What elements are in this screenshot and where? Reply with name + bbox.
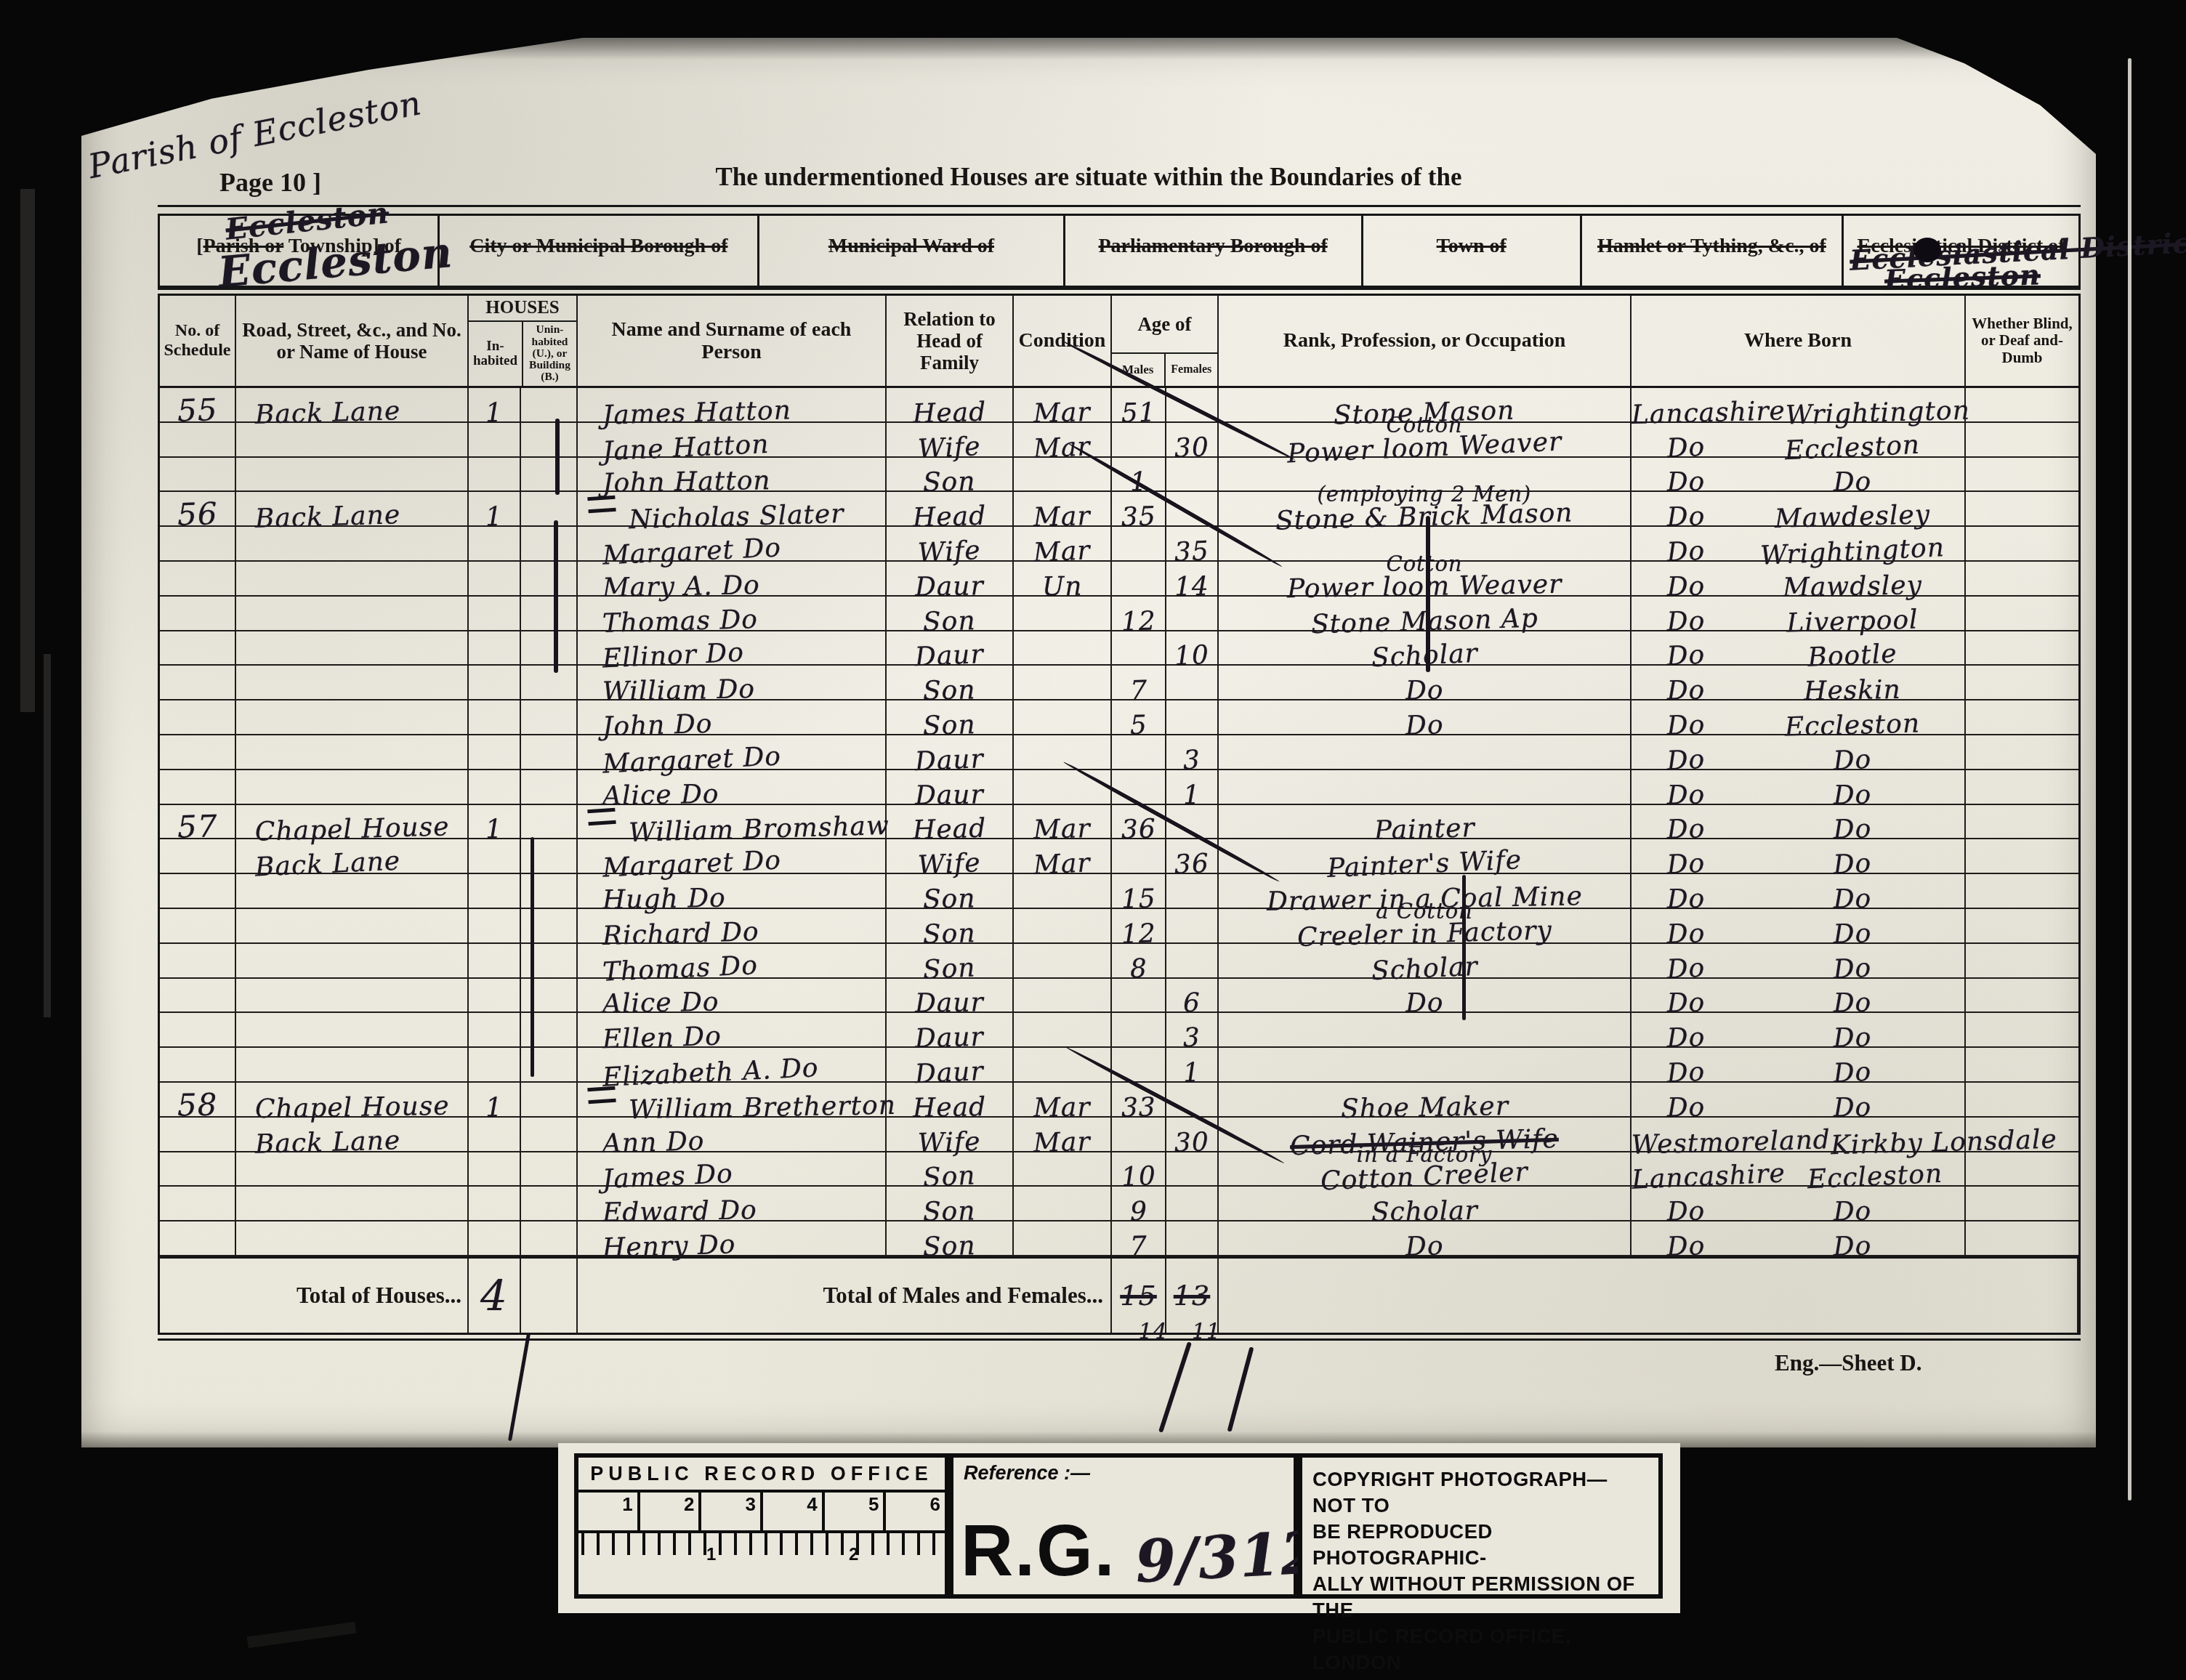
cell-name: Elizabeth A. Do	[578, 1048, 887, 1083]
field-city-borough: City or Municipal Borough of	[440, 216, 759, 286]
cell-blind-deaf	[1966, 423, 2078, 458]
cell-where-born: DoDo	[1632, 1187, 1966, 1221]
cell-name: Ellen Do	[578, 1013, 887, 1048]
ink-double-dash	[587, 1086, 616, 1104]
cell-relation: Wife	[887, 423, 1014, 458]
cell-age-male: 12	[1112, 597, 1166, 631]
cell-condition: Mar	[1014, 492, 1112, 527]
cell-uninhabited	[521, 562, 578, 597]
public-record-office-stamp: PUBLIC RECORD OFFICE 123456 1 2	[574, 1453, 949, 1599]
scan-streak	[20, 189, 35, 712]
cell-age-male	[1112, 770, 1166, 805]
cell-condition: Un	[1014, 562, 1112, 597]
cell-relation: Son	[887, 1187, 1014, 1221]
scanned-census-page: Page 10 ] The undermentioned Houses are …	[0, 0, 2186, 1680]
cell-schedule	[160, 770, 236, 805]
cell-inhabited	[469, 979, 521, 1014]
cell-name: Richard Do	[578, 909, 887, 944]
cell-condition	[1014, 1152, 1112, 1187]
ink-stroke	[1158, 1341, 1192, 1432]
rule	[158, 288, 2081, 290]
cell-age-male: 15	[1112, 874, 1166, 909]
cell-condition	[1014, 631, 1112, 666]
cell-age-male: 36	[1112, 805, 1166, 840]
cell-schedule	[160, 562, 236, 597]
cell-relation: Wife	[887, 527, 1014, 562]
cell-condition	[1014, 979, 1112, 1014]
cell-name: Mary A. Do	[578, 562, 887, 597]
cell-relation: Son	[887, 874, 1014, 909]
cell-occupation: Scholar	[1219, 944, 1632, 979]
cell-age-male: 51	[1112, 388, 1166, 423]
cell-road	[236, 944, 469, 979]
cell-relation: Head	[887, 388, 1014, 423]
cell-condition: Mar	[1014, 839, 1112, 874]
cell-name: Ellinor Do	[578, 631, 887, 666]
cell-name: Alice Do	[578, 979, 887, 1014]
cell-age-female	[1166, 666, 1219, 700]
cell-uninhabited	[521, 631, 578, 666]
cell-inhabited	[469, 1152, 521, 1187]
header-schedule: No. of Schedule	[160, 296, 236, 388]
cell-relation: Daur	[887, 1013, 1014, 1048]
cell-name: William Bretherton	[578, 1083, 887, 1118]
cell-condition: Mar	[1014, 1083, 1112, 1118]
cell-inhabited	[469, 631, 521, 666]
cell-inhabited	[469, 1048, 521, 1083]
cell-age-female: 3	[1166, 735, 1219, 770]
cell-name: Ann Do	[578, 1118, 887, 1152]
ink-stroke	[554, 520, 558, 673]
cell-age-female	[1166, 492, 1219, 527]
cell-where-born: DoEccleston	[1632, 423, 1966, 458]
cell-condition: Mar	[1014, 805, 1112, 840]
cell-where-born: DoDo	[1632, 874, 1966, 909]
cell-blind-deaf	[1966, 1118, 2078, 1152]
scan-streak	[247, 1622, 357, 1649]
cell-age-male: 9	[1112, 1187, 1166, 1221]
ink-blob	[1913, 238, 1941, 262]
cell-schedule: 57	[160, 805, 236, 840]
ruler-ticks	[581, 1533, 942, 1555]
cell-uninhabited	[521, 979, 578, 1014]
ink-stroke	[1426, 516, 1430, 672]
cell-age-female	[1166, 1187, 1219, 1221]
cell-blind-deaf	[1966, 1048, 2078, 1083]
field-hamlet: Hamlet or Tything, &c., of	[1582, 216, 1844, 286]
cell-condition: Mar	[1014, 388, 1112, 423]
cell-name: William Bromshaw	[578, 805, 887, 840]
cell-relation: Son	[887, 597, 1014, 631]
cell-age-male	[1112, 631, 1166, 666]
header-occupation: Rank, Profession, or Occupation	[1219, 296, 1632, 388]
cell-schedule	[160, 735, 236, 770]
cell-condition	[1014, 874, 1112, 909]
cell-relation: Son	[887, 666, 1014, 700]
copyright-stamp: COPYRIGHT PHOTOGRAPH—NOT TO BE REPRODUCE…	[1298, 1453, 1663, 1599]
cell-condition	[1014, 1013, 1112, 1048]
cell-occupation: Do	[1219, 700, 1632, 735]
cell-blind-deaf	[1966, 805, 2078, 840]
cell-road: Back Lane	[236, 492, 469, 527]
pro-stamp-title: PUBLIC RECORD OFFICE	[578, 1458, 945, 1493]
cell-inhabited: 1	[469, 805, 521, 840]
cell-inhabited	[469, 458, 521, 493]
cell-where-born: DoDo	[1632, 1048, 1966, 1083]
cell-where-born: DoDo	[1632, 979, 1966, 1014]
totals-empty	[521, 1259, 578, 1333]
cell-blind-deaf	[1966, 388, 2078, 423]
cell-schedule	[160, 1048, 236, 1083]
cell-road	[236, 979, 469, 1014]
cell-occupation: Scholar	[1219, 631, 1632, 666]
field-municipal-ward: Municipal Ward of	[759, 216, 1065, 286]
handwritten-eccl-name: Eccleston	[1884, 258, 2041, 296]
cell-blind-deaf	[1966, 597, 2078, 631]
cell-age-male	[1112, 527, 1166, 562]
header-houses-group: HOUSES In-habited Unin-habited (U.), or …	[469, 296, 578, 388]
cell-inhabited	[469, 874, 521, 909]
cell-uninhabited	[521, 1048, 578, 1083]
cell-relation: Head	[887, 1083, 1014, 1118]
cell-relation: Daur	[887, 979, 1014, 1014]
cell-name: William Do	[578, 666, 887, 700]
header-uninhabited: Unin-habited (U.), or Building (B.)	[523, 322, 576, 386]
cell-age-male	[1112, 1118, 1166, 1152]
scan-edge-line	[2128, 58, 2131, 1501]
cell-uninhabited	[521, 458, 578, 493]
totals-mf-label: Total of Males and Females...	[578, 1259, 1112, 1333]
field-parliamentary-borough: Parliamentary Borough of	[1065, 216, 1363, 286]
cell-where-born: DoWrightington	[1632, 527, 1966, 562]
cell-age-female: 35	[1166, 527, 1219, 562]
cell-condition	[1014, 1221, 1112, 1256]
table-rows: 55Back Lane1James HattonHeadMar51Stone M…	[160, 388, 2078, 1256]
cell-condition	[1014, 909, 1112, 944]
cell-road	[236, 1013, 469, 1048]
cell-uninhabited	[521, 874, 578, 909]
cell-inhabited: 1	[469, 492, 521, 527]
cell-age-female	[1166, 1221, 1219, 1256]
cell-blind-deaf	[1966, 1221, 2078, 1256]
cell-road	[236, 1152, 469, 1187]
cell-blind-deaf	[1966, 874, 2078, 909]
cell-schedule	[160, 423, 236, 458]
ink-double-dash	[587, 808, 616, 826]
cell-uninhabited	[521, 527, 578, 562]
cell-where-born: DoDo	[1632, 805, 1966, 840]
cell-relation: Wife	[887, 839, 1014, 874]
totals-houses-label: Total of Houses...	[160, 1259, 469, 1333]
cell-road	[236, 562, 469, 597]
cell-condition	[1014, 666, 1112, 700]
cell-uninhabited	[521, 909, 578, 944]
cell-occupation: Stone Mason Ap	[1219, 597, 1632, 631]
totals-males: 15 14	[1112, 1259, 1166, 1333]
cell-relation: Son	[887, 458, 1014, 493]
cell-age-female: 1	[1166, 770, 1219, 805]
field-town: Town of	[1363, 216, 1582, 286]
cell-occupation: a CottonCreeler in Factory	[1219, 909, 1632, 944]
cell-relation: Head	[887, 492, 1014, 527]
scan-streak	[44, 654, 51, 1017]
cell-where-born: DoMawdsley	[1632, 562, 1966, 597]
cell-relation: Son	[887, 700, 1014, 735]
cell-name: Margaret Do	[578, 527, 887, 562]
cell-name: Henry Do	[578, 1221, 887, 1256]
cell-age-male	[1112, 562, 1166, 597]
cell-relation: Daur	[887, 562, 1014, 597]
cell-occupation: Do	[1219, 666, 1632, 700]
cell-schedule	[160, 944, 236, 979]
cell-occupation: Do	[1219, 1221, 1632, 1256]
cell-road	[236, 1221, 469, 1256]
cell-age-male	[1112, 423, 1166, 458]
cell-uninhabited	[521, 700, 578, 735]
reference-label: Reference :—	[964, 1462, 1090, 1485]
cell-age-female	[1166, 597, 1219, 631]
cell-condition: Mar	[1014, 423, 1112, 458]
ink-stroke	[1227, 1346, 1254, 1431]
cell-age-female	[1166, 1152, 1219, 1187]
cell-age-male: 7	[1112, 666, 1166, 700]
cell-where-born: DoDo	[1632, 1221, 1966, 1256]
cell-schedule	[160, 458, 236, 493]
cell-schedule	[160, 979, 236, 1014]
totals-row: Total of Houses... 4 Total of Males and …	[160, 1256, 2078, 1333]
header-name: Name and Surname of each Person	[578, 296, 887, 388]
cell-schedule	[160, 631, 236, 666]
cell-schedule	[160, 597, 236, 631]
field-parish-township: [Parish or Township] of Eccleston Eccles…	[160, 216, 440, 286]
cell-road: Back Lane	[236, 839, 469, 874]
cell-blind-deaf	[1966, 944, 2078, 979]
cell-age-female	[1166, 944, 1219, 979]
cell-uninhabited	[521, 423, 578, 458]
reference-stamp: Reference :— R.G. 9/3123	[949, 1453, 1298, 1599]
cell-age-female: 10	[1166, 631, 1219, 666]
cell-where-born: DoDo	[1632, 909, 1966, 944]
cell-road: Back Lane	[236, 388, 469, 423]
ink-stroke	[531, 837, 534, 1077]
table-header: No. of Schedule Road, Street, &c., and N…	[160, 296, 2078, 388]
cell-blind-deaf	[1966, 839, 2078, 874]
header-road: Road, Street, &c., and No. or Name of Ho…	[236, 296, 469, 388]
cell-schedule: 58	[160, 1083, 236, 1118]
header-relation: Relation to Head of Family	[887, 296, 1014, 388]
cell-schedule	[160, 700, 236, 735]
cell-name: James Do	[578, 1152, 887, 1187]
cell-where-born: LancashireEccleston	[1632, 1152, 1966, 1187]
field-ecclesiastical-district: Ecclesiastical District of Ecclesiastica…	[1844, 216, 2078, 286]
cell-occupation	[1219, 1013, 1632, 1048]
cell-age-male: 8	[1112, 944, 1166, 979]
cell-name: Margaret Do	[578, 735, 887, 770]
cell-road	[236, 770, 469, 805]
cell-relation: Son	[887, 909, 1014, 944]
cell-uninhabited	[521, 1083, 578, 1118]
cell-uninhabited	[521, 1013, 578, 1048]
header-inhabited: In-habited	[469, 322, 523, 386]
ink-stroke	[555, 419, 560, 495]
cell-inhabited	[469, 1187, 521, 1221]
cell-road: Back Lane	[236, 1118, 469, 1152]
cell-inhabited	[469, 527, 521, 562]
cell-blind-deaf	[1966, 1013, 2078, 1048]
cell-uninhabited	[521, 770, 578, 805]
cell-relation: Son	[887, 1221, 1014, 1256]
cell-uninhabited	[521, 1152, 578, 1187]
pro-stamp-ruler-ticks: 1 2	[578, 1533, 945, 1594]
cell-name: Jane Hatton	[578, 423, 887, 458]
cell-road	[236, 666, 469, 700]
cell-condition	[1014, 597, 1112, 631]
cell-inhabited: 1	[469, 388, 521, 423]
copyright-line: PUBLIC RECORD OFFICE, LONDON	[1312, 1623, 1648, 1676]
cell-name: Edward Do	[578, 1187, 887, 1221]
cell-occupation	[1219, 735, 1632, 770]
cell-blind-deaf	[1966, 527, 2078, 562]
cell-age-male	[1112, 979, 1166, 1014]
cell-age-male	[1112, 1013, 1166, 1048]
cell-inhabited	[469, 770, 521, 805]
cell-uninhabited	[521, 666, 578, 700]
cell-uninhabited	[521, 388, 578, 423]
cell-relation: Daur	[887, 770, 1014, 805]
cell-name: Thomas Do	[578, 597, 887, 631]
cell-name: Nicholas Slater	[578, 492, 887, 527]
cell-occupation: Painter's Wife	[1219, 839, 1632, 874]
cell-age-female: 6	[1166, 979, 1219, 1014]
cell-condition	[1014, 735, 1112, 770]
page-heading: The undermentioned Houses are situate wi…	[81, 163, 2096, 192]
cell-occupation	[1219, 1048, 1632, 1083]
cell-condition	[1014, 458, 1112, 493]
cell-road	[236, 909, 469, 944]
cell-blind-deaf	[1966, 770, 2078, 805]
cell-name: Margaret Do	[578, 839, 887, 874]
cell-relation: Daur	[887, 631, 1014, 666]
cell-age-male	[1112, 735, 1166, 770]
cell-road	[236, 1048, 469, 1083]
cell-blind-deaf	[1966, 492, 2078, 527]
ink-stroke	[508, 1333, 531, 1442]
cell-road	[236, 874, 469, 909]
cell-name: John Do	[578, 700, 887, 735]
cell-inhabited	[469, 735, 521, 770]
cell-inhabited	[469, 597, 521, 631]
cell-road	[236, 458, 469, 493]
rule	[158, 1338, 2081, 1341]
cell-inhabited	[469, 1118, 521, 1152]
cell-where-born: LancashireWrightington	[1632, 388, 1966, 423]
cell-inhabited	[469, 666, 521, 700]
stamp-strip: PUBLIC RECORD OFFICE 123456 1 2 Referenc…	[558, 1443, 1680, 1613]
cell-inhabited	[469, 944, 521, 979]
cell-age-female: 30	[1166, 423, 1219, 458]
cell-age-male: 7	[1112, 1221, 1166, 1256]
cell-road	[236, 423, 469, 458]
cell-inhabited	[469, 562, 521, 597]
cell-where-born: DoDo	[1632, 839, 1966, 874]
cell-occupation	[1219, 770, 1632, 805]
cell-uninhabited	[521, 735, 578, 770]
cell-occupation: in a FactoryCotton Creeler	[1219, 1152, 1632, 1187]
cell-uninhabited	[521, 1187, 578, 1221]
cell-uninhabited	[521, 597, 578, 631]
cell-blind-deaf	[1966, 666, 2078, 700]
cell-age-male: 10	[1112, 1152, 1166, 1187]
cell-road	[236, 631, 469, 666]
cell-road: Chapel House	[236, 805, 469, 840]
cell-where-born: DoDo	[1632, 458, 1966, 493]
cell-name: Alice Do	[578, 770, 887, 805]
cell-age-female: 1	[1166, 1048, 1219, 1083]
ink-stroke	[1462, 875, 1466, 1020]
cell-blind-deaf	[1966, 979, 2078, 1014]
header-females: Females	[1166, 354, 1218, 386]
cell-age-male: 5	[1112, 700, 1166, 735]
cell-occupation: (employing 2 Men)Stone & Brick Mason	[1219, 492, 1632, 527]
cell-inhabited	[469, 423, 521, 458]
sheet-note: Eng.—Sheet D.	[1775, 1350, 1921, 1376]
cell-road	[236, 735, 469, 770]
cell-relation: Daur	[887, 1048, 1014, 1083]
reference-series: R.G.	[961, 1509, 1116, 1593]
cell-uninhabited	[521, 944, 578, 979]
cell-relation: Wife	[887, 1118, 1014, 1152]
cell-road: Chapel House	[236, 1083, 469, 1118]
cell-schedule	[160, 527, 236, 562]
cell-schedule	[160, 1187, 236, 1221]
cell-blind-deaf	[1966, 1083, 2078, 1118]
cell-uninhabited	[521, 492, 578, 527]
cell-blind-deaf	[1966, 1152, 2078, 1187]
cell-condition: Mar	[1014, 527, 1112, 562]
cell-condition	[1014, 1187, 1112, 1221]
pro-stamp-ruler-inches: 123456	[578, 1493, 945, 1533]
copyright-line: COPYRIGHT PHOTOGRAPH—NOT TO	[1312, 1466, 1648, 1519]
cell-road	[236, 597, 469, 631]
cell-condition: Mar	[1014, 1118, 1112, 1152]
cell-relation: Head	[887, 805, 1014, 840]
cell-blind-deaf	[1966, 700, 2078, 735]
cell-inhabited: 1	[469, 1083, 521, 1118]
cell-where-born: DoDo	[1632, 1013, 1966, 1048]
cell-where-born: DoDo	[1632, 770, 1966, 805]
cell-age-female	[1166, 909, 1219, 944]
cell-occupation: Do	[1219, 979, 1632, 1014]
cell-occupation: Shoe Maker	[1219, 1083, 1632, 1118]
totals-houses-value: 4	[469, 1259, 521, 1333]
cell-where-born: DoHeskin	[1632, 666, 1966, 700]
cell-occupation: CottonPower loom Weaver	[1219, 562, 1632, 597]
cell-uninhabited	[521, 1118, 578, 1152]
cell-schedule	[160, 874, 236, 909]
cell-schedule	[160, 839, 236, 874]
cell-age-male	[1112, 839, 1166, 874]
boundary-fields: [Parish or Township] of Eccleston Eccles…	[158, 214, 2081, 288]
cell-age-female	[1166, 874, 1219, 909]
cell-inhabited	[469, 909, 521, 944]
cell-inhabited	[469, 700, 521, 735]
cell-where-born: DoDo	[1632, 944, 1966, 979]
cell-schedule	[160, 909, 236, 944]
cell-condition	[1014, 700, 1112, 735]
cell-uninhabited	[521, 805, 578, 840]
cell-condition	[1014, 770, 1112, 805]
cell-where-born: DoLiverpool	[1632, 597, 1966, 631]
